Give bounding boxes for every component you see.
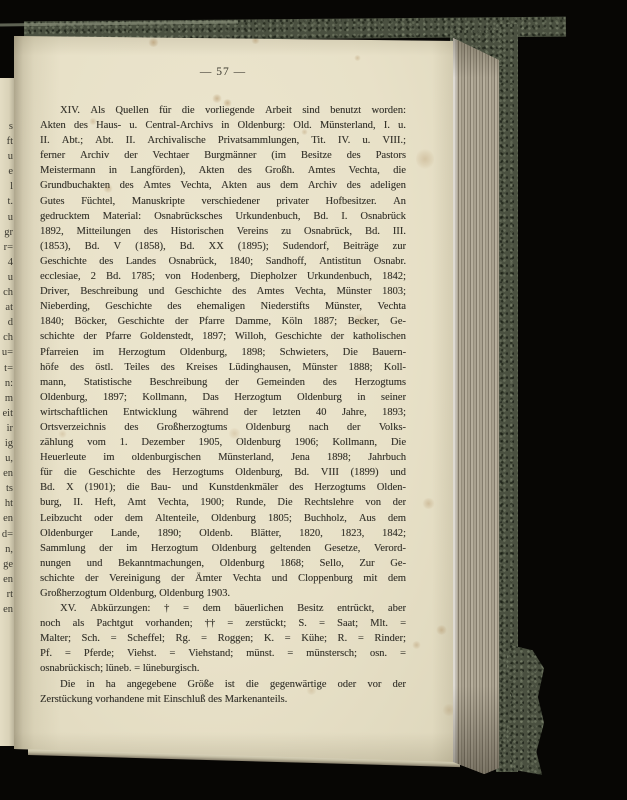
book-cover-torn-fragment xyxy=(506,645,544,775)
text-line: nochalsPachtgutvorhanden;††=zerstückt;S.… xyxy=(40,616,406,631)
body-text: XIV.AlsQuellenfürdievorliegendeArbeitsin… xyxy=(40,103,406,707)
facing-page-text-fragment: d xyxy=(0,315,13,330)
facing-page-text-fragment: ge xyxy=(0,557,13,572)
facing-page-text-fragment: ir xyxy=(0,421,13,436)
facing-page-text-fragment: u xyxy=(0,210,13,225)
text-line: ecclesiae,2Bd.1785;vonHodenberg,Diepholz… xyxy=(40,269,406,284)
text-line: wirtschaftlichenEntwicklungwährendderlet… xyxy=(40,405,406,420)
fore-edge-page-stack xyxy=(453,38,499,774)
foxing-stain xyxy=(103,184,113,193)
paragraph: XV.Abkürzungen:†=dembäuerlichenBesitzent… xyxy=(40,601,406,676)
text-line: GutesFüchtel,Manuskripteverschiedenerpri… xyxy=(40,194,406,209)
text-line: mann,StatistischeBeschreibungderGemeinde… xyxy=(40,375,406,390)
text-line: Großherzogtum Oldenburg, Oldenburg 1903. xyxy=(40,586,406,601)
foxing-stain xyxy=(352,314,370,328)
text-line: nungenundBekanntmachungen,Oldenburg1868;… xyxy=(40,556,406,571)
text-line: 1892,MitteilungendesHistorischenVereinsz… xyxy=(40,224,406,239)
text-line: HeuerleuteimoldenburgischenMünsterland,J… xyxy=(40,450,406,465)
facing-page-text-fragment: ts xyxy=(0,481,13,496)
book-page: — 57 — XIV.AlsQuellenfürdievorliegendeAr… xyxy=(14,36,454,762)
photographed-book: sftuelt.ugrr=4uchatdchu=t=n:meitirigu,en… xyxy=(0,0,627,800)
text-line: Pf.=Pferde;Viehst.=Viehstand;münst.=müns… xyxy=(40,646,406,661)
facing-page-text-fragment: en xyxy=(0,466,13,481)
facing-page-text-fragment: en xyxy=(0,602,13,617)
text-line: GrundbuchaktendesAmtesVechta,Aktenausdem… xyxy=(40,178,406,193)
facing-page-text-fragment: t= xyxy=(0,361,13,376)
facing-page-text-fragment: eit xyxy=(0,406,13,421)
text-line: OldenburgerLande,1890;Oldenb.Blätter,182… xyxy=(40,526,406,541)
text-line: fernerArchivderVechtaerBurgmänner(imBesi… xyxy=(40,148,406,163)
facing-page-text-fragment: gr xyxy=(0,225,13,240)
foxing-stain xyxy=(306,686,317,695)
text-line: LeibzuchtoderdemAltenteile,Oldenburg1805… xyxy=(40,511,406,526)
foxing-stain xyxy=(58,430,67,438)
text-line: Bd.X(1901);dieBau-undKunstdenkmälerdesHe… xyxy=(40,480,406,495)
facing-page-text-fragment: en xyxy=(0,511,13,526)
facing-page-text-fragment: ht xyxy=(0,496,13,511)
facing-page-text-fragment: t. xyxy=(0,194,13,209)
text-line: Malter;Sch.=Scheffel;Rg.=Roggen;K.=Kühe;… xyxy=(40,631,406,646)
foxing-stain xyxy=(422,498,435,509)
text-line: MeistermanninLangförden),AktendesGroßh.A… xyxy=(40,163,406,178)
paragraph: XIV.AlsQuellenfürdievorliegendeArbeitsin… xyxy=(40,103,406,601)
text-line: burg,II.Heft,AmtVechta,1900;Runde,DieRec… xyxy=(40,495,406,510)
text-line: Zerstückung vorhandene mit Einschluß des… xyxy=(40,692,406,707)
fore-edge-shading xyxy=(453,38,499,774)
facing-page-fragments: sftuelt.ugrr=4uchatdchu=t=n:meitirigu,en… xyxy=(0,119,13,617)
text-line: höfedesöstl.TeilesdesKreisesLüdinghausen… xyxy=(40,360,406,375)
text-line: DieinhaangegebeneGrößeistdiegegenwärtige… xyxy=(40,677,406,692)
facing-page-text-fragment: r= xyxy=(0,240,13,255)
facing-page-text-fragment: n, xyxy=(0,542,13,557)
facing-page-text-fragment: ch xyxy=(0,285,13,300)
facing-page-text-fragment: u, xyxy=(0,451,13,466)
facing-page-text-fragment: at xyxy=(0,300,13,315)
text-line: OrtsverzeichnisdesGroßherzogtumsOldenbur… xyxy=(40,420,406,435)
facing-page-text-fragment: n: xyxy=(0,376,13,391)
text-line: GeschichtedesLandesOsnabrück,1840;Sandho… xyxy=(40,254,406,269)
foxing-stain xyxy=(89,118,97,125)
text-line: Oldenburg,1897;Kollmann,DasHerzogtumOlde… xyxy=(40,390,406,405)
text-line: Nieberding,GeschichtedesehemaligenNieder… xyxy=(40,299,406,314)
foxing-stain xyxy=(148,38,159,47)
text-line: fürdieGeschichtedesHerzogtumsOldenburg,B… xyxy=(40,465,406,480)
facing-page-text-fragment: e xyxy=(0,164,13,179)
facing-page-text-fragment: en xyxy=(0,572,13,587)
facing-page-text-fragment: m xyxy=(0,391,13,406)
text-line: (1853),Bd.V(1858),Bd.XX(1895);Sudendorf,… xyxy=(40,239,406,254)
foxing-stain xyxy=(301,129,308,135)
facing-page-text-fragment: u= xyxy=(0,345,13,360)
text-line: SammlungderimHerzogtumOldenburggeltenden… xyxy=(40,541,406,556)
facing-page-text-fragment: s xyxy=(0,119,13,134)
text-line: zählungvom1.Dezember1905,Oldenburg1906;K… xyxy=(40,435,406,450)
facing-page-text-fragment: l xyxy=(0,179,13,194)
page-number: — 57 — xyxy=(40,66,406,78)
foxing-stain xyxy=(223,99,232,107)
facing-page-text-fragment: ch xyxy=(0,330,13,345)
text-line: schichtederPfarreGoldenstedt,1897;Willoh… xyxy=(40,329,406,344)
facing-page-text-fragment: ig xyxy=(0,436,13,451)
text-line: PfarreienimHerzogtumOldenburg,1898;Schwi… xyxy=(40,345,406,360)
paragraph: DieinhaangegebeneGrößeistdiegegenwärtige… xyxy=(40,677,406,707)
text-line: gedrucktemMaterial:OsnabrückschesUrkunde… xyxy=(40,209,406,224)
text-line: II.Abt.;Abt.II.ArchivalischePrivatsammlu… xyxy=(40,133,406,148)
foxing-stain xyxy=(212,94,222,103)
facing-page-text-fragment: u xyxy=(0,270,13,285)
facing-page-text-fragment: rt xyxy=(0,587,13,602)
facing-page-text-fragment: u xyxy=(0,149,13,164)
foxing-stain xyxy=(416,148,434,170)
facing-page-text-fragment: ft xyxy=(0,134,13,149)
foxing-stain xyxy=(228,428,241,439)
text-line: Driver,BeschreibungundGeschichtedesAmtes… xyxy=(40,284,406,299)
facing-page-sliver: sftuelt.ugrr=4uchatdchu=t=n:meitirigu,en… xyxy=(0,78,15,746)
text-line: osnabrückisch; lüneb. = lüneburgisch. xyxy=(40,661,406,676)
text-line: XV.Abkürzungen:†=dembäuerlichenBesitzent… xyxy=(40,601,406,616)
foxing-stain xyxy=(354,55,361,61)
facing-page-text-fragment: 4 xyxy=(0,255,13,270)
foxing-stain xyxy=(436,625,447,635)
facing-page-text-fragment: d= xyxy=(0,527,13,542)
foxing-stain xyxy=(412,641,421,649)
text-line: schichtederVereinigungderÄmterVechtaundC… xyxy=(40,571,406,586)
